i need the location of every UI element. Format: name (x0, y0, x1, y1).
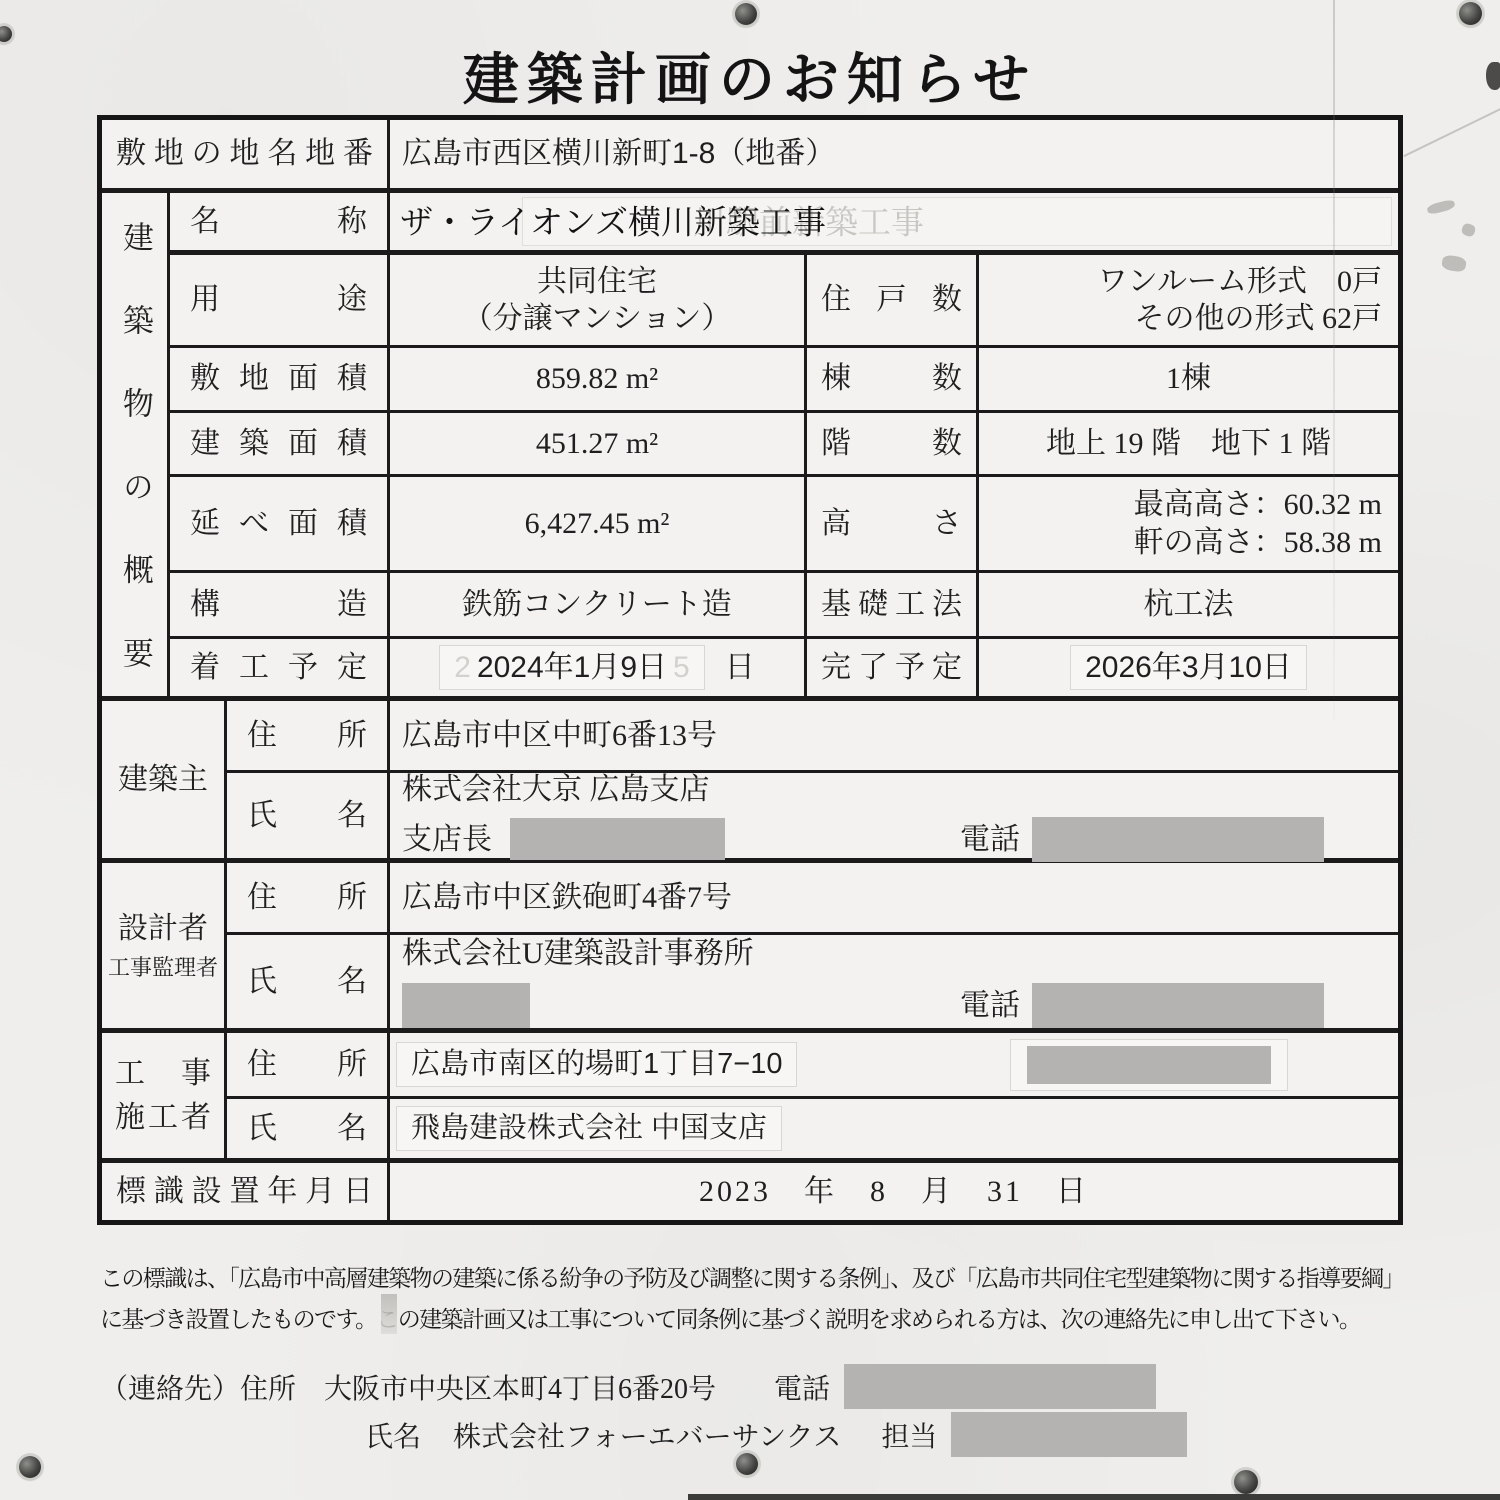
overview-section-cell: 建築物の概要 (102, 193, 170, 701)
legal-notice-line1: この標識は、「広島市中高層建築物の建築に係る紛争の予防及び調整に関する条例」、及… (100, 1258, 1430, 1299)
designer-section-cell: 設計者 工事監理者 (102, 863, 227, 1033)
name-label-cell: 名称 (170, 193, 390, 255)
contractor-name-sticker: 飛島建設株式会社 中国支店 (396, 1106, 782, 1150)
foundation-value-cell: 杭工法 (979, 573, 1398, 639)
owner-address-cell: 広島市中区中町6番13号 (390, 701, 1398, 773)
redaction-box (1027, 1046, 1271, 1084)
start-date-sticker: 2 2024年1月9日 5 (439, 645, 704, 691)
designer-address: 広島市中区鉄砲町4番7号 (402, 879, 732, 917)
use-label: 用途 (190, 281, 367, 319)
count-label: 棟数 (821, 360, 962, 398)
designer-address-label-cell: 住所 (227, 863, 390, 935)
start-date-suffix: 日 (725, 649, 755, 687)
start-ghost-left: 2 (454, 649, 471, 687)
smudge-mark (1426, 199, 1456, 216)
sign-date-value-cell: 2023 年 8 月 31 日 (390, 1163, 1398, 1220)
contact-phone-label: 電話 (774, 1367, 830, 1407)
owner-company: 株式会社大京 広島支店 (402, 771, 1398, 809)
total-area-value-cell: 6,427.45 m² (390, 477, 807, 573)
structure-label-cell: 構造 (170, 573, 390, 639)
owner-address: 広島市中区中町6番13号 (402, 717, 717, 755)
crease-line (1333, 0, 1335, 720)
contact-line-1: （連絡先）住所 大阪市中央区本町4丁目6番20号 電話 (100, 1364, 1156, 1409)
contractor-address-cell: 広島市南区的場町1丁目7−10 (390, 1033, 1398, 1099)
redaction-box (1032, 817, 1324, 862)
designer-name-label: 氏名 (247, 963, 367, 1001)
site-area-label-cell: 敷地面積 (170, 348, 390, 413)
structure-value-cell: 鉄筋コンクリート造 (390, 573, 807, 639)
owner-section-label: 建築主 (118, 761, 208, 799)
contractor-section-line2: 施工者 (115, 1099, 211, 1137)
use-value-line2: （分譲マンション） (463, 300, 732, 338)
total-area-value: 6,427.45 m² (525, 505, 670, 543)
contractor-address-label-cell: 住所 (227, 1033, 390, 1099)
owner-address-label: 住所 (247, 717, 367, 755)
contractor-phone-sticker (1010, 1039, 1288, 1091)
height-label: 高さ (821, 505, 962, 543)
screw-bottom-center (736, 1453, 758, 1475)
total-area-label-cell: 延べ面積 (170, 477, 390, 573)
smudge-mark (1441, 254, 1467, 273)
redaction-box (844, 1364, 1156, 1409)
use-value-line1: 共同住宅 (537, 263, 657, 301)
contact-line-2: 氏名 株式会社フォーエバーサンクス 担当 (365, 1412, 1187, 1457)
height-line1: 最高高さ：60.32 m (979, 486, 1382, 524)
designer-address-cell: 広島市中区鉄砲町4番7号 (390, 863, 1398, 935)
legal-notice: この標識は、「広島市中高層建築物の建築に係る紛争の予防及び調整に関する条例」、及… (100, 1258, 1430, 1340)
designer-address-label: 住所 (247, 879, 367, 917)
overview-section-label: 建築物の概要 (115, 193, 154, 696)
site-label: 敷地の地名地番 (116, 135, 373, 173)
designer-name-label-cell: 氏名 (227, 935, 390, 1033)
sign-date-label: 標識設置年月日 (116, 1173, 373, 1211)
contractor-name-label-cell: 氏名 (227, 1099, 390, 1163)
start-label-cell: 着工予定 (170, 639, 390, 701)
construction-notice-board: { "title": "建築計画のお知らせ", "table": { "site… (0, 0, 1500, 1500)
completion-date: 2026年3月10日 (1085, 649, 1292, 687)
building-area-label-cell: 建築面積 (170, 413, 390, 477)
contact-name-label: 氏名 (365, 1415, 421, 1455)
notice-table: 敷地の地名地番 広島市西区横川新町1-8（地番） 建築物の概要 名称 川駅前新築… (97, 115, 1403, 1225)
contractor-company: 飛島建設株式会社 中国支店 (411, 1110, 767, 1146)
name-value: ザ・ライオンズ横川新築工事 (400, 201, 826, 242)
contact-address: 大阪市中央区本町4丁目6番20号 (324, 1367, 716, 1407)
owner-address-label-cell: 住所 (227, 701, 390, 773)
contractor-name-cell: 飛島建設株式会社 中国支店 (390, 1099, 1398, 1163)
name-label: 名称 (190, 203, 367, 241)
start-ghost-right: 5 (673, 649, 690, 687)
designer-phone-label: 電話 (960, 987, 1020, 1025)
contractor-address-sticker: 広島市南区的場町1丁目7−10 (396, 1042, 797, 1086)
contractor-name-label: 氏名 (247, 1110, 367, 1148)
redaction-box (951, 1412, 1187, 1457)
units-label-cell: 住戸数 (807, 255, 979, 348)
screw-bottom-left (19, 1456, 41, 1478)
count-value-cell: 1棟 (979, 348, 1398, 413)
tape-mark (381, 1294, 397, 1334)
units-value-cell: ワンルーム形式 0戸 その他の形式 62戸 (979, 255, 1398, 348)
start-date: 2024年1月9日 (477, 649, 667, 687)
owner-phone-label: 電話 (960, 821, 1020, 859)
name-value-cell: 川駅前新築工事 ザ・ライオンズ横川新築工事 (390, 193, 1398, 255)
structure-value: 鉄筋コンクリート造 (462, 586, 731, 624)
owner-name-cell: 株式会社大京 広島支店 支店長 電話 (390, 773, 1398, 863)
site-area-label: 敷地面積 (190, 360, 367, 398)
units-line1: ワンルーム形式 0戸 (979, 263, 1382, 301)
redaction-box (402, 983, 530, 1028)
completion-label-cell: 完了予定 (807, 639, 979, 701)
floors-value: 地上 19 階 地下 1 階 (1046, 425, 1331, 463)
building-area-value: 451.27 m² (536, 425, 658, 463)
bottom-edge-strip (688, 1494, 1500, 1500)
redaction-box (510, 818, 725, 860)
contact-prefix: （連絡先）住所 (100, 1367, 296, 1407)
edge-smudge (1486, 62, 1500, 90)
owner-name-label: 氏名 (247, 797, 367, 835)
owner-name-label-cell: 氏名 (227, 773, 390, 863)
count-value: 1棟 (1166, 360, 1211, 398)
completion-label: 完了予定 (821, 649, 962, 687)
sign-date-label-cell: 標識設置年月日 (102, 1163, 390, 1220)
start-label: 着工予定 (190, 649, 367, 687)
supervisor-section-label: 工事監理者 (108, 954, 218, 982)
units-label: 住戸数 (821, 281, 962, 319)
contractor-section-line1: 工事 (115, 1055, 211, 1093)
completion-date-sticker: 2026年3月10日 (1070, 645, 1307, 691)
building-area-label: 建築面積 (190, 425, 367, 463)
floors-label: 階数 (821, 425, 962, 463)
owner-title-prefix: 支店長 (402, 821, 492, 859)
use-value-cell: 共同住宅 （分譲マンション） (390, 255, 807, 348)
units-line2: その他の形式 62戸 (979, 300, 1382, 338)
count-label-cell: 棟数 (807, 348, 979, 413)
site-label-cell: 敷地の地名地番 (102, 120, 390, 193)
height-label-cell: 高さ (807, 477, 979, 573)
page-title: 建築計画のお知らせ (0, 36, 1500, 116)
floors-label-cell: 階数 (807, 413, 979, 477)
site-area-value: 859.82 m² (536, 360, 658, 398)
use-label-cell: 用途 (170, 255, 390, 348)
foundation-value: 杭工法 (1144, 586, 1234, 624)
site-value-cell: 広島市西区横川新町1-8（地番） (390, 120, 1398, 193)
legal-notice-line2: に基づき設置したものです。この建築計画又は工事について同条例に基づく説明を求めら… (100, 1299, 1430, 1340)
designer-name-cell: 株式会社U建築設計事務所 電話 (390, 935, 1398, 1033)
building-area-value-cell: 451.27 m² (390, 413, 807, 477)
floors-value-cell: 地上 19 階 地下 1 階 (979, 413, 1398, 477)
total-area-label: 延べ面積 (190, 505, 367, 543)
contractor-address: 広島市南区的場町1丁目7−10 (411, 1046, 782, 1082)
redaction-box (1032, 983, 1324, 1028)
contact-company: 株式会社フォーエバーサンクス (453, 1415, 841, 1455)
foundation-label-cell: 基礎工法 (807, 573, 979, 639)
designer-section-label: 設計者 (118, 910, 208, 948)
site-area-value-cell: 859.82 m² (390, 348, 807, 413)
screw-top-center (735, 3, 757, 25)
owner-section-cell: 建築主 (102, 701, 227, 863)
sign-date-value: 2023 年 8 月 31 日 (699, 1173, 1089, 1211)
foundation-label: 基礎工法 (821, 586, 962, 624)
contractor-section-cell: 工事 施工者 (102, 1033, 227, 1163)
start-value-cell: 2 2024年1月9日 5 日 (390, 639, 807, 701)
contractor-address-label: 住所 (247, 1046, 367, 1084)
completion-value-cell: 2026年3月10日 (979, 639, 1398, 701)
structure-label: 構造 (190, 586, 367, 624)
screw-top-right (1459, 2, 1482, 25)
smudge-mark (1460, 222, 1476, 238)
contact-person-label: 担当 (881, 1415, 937, 1455)
height-value-cell: 最高高さ：60.32 m 軒の高さ：58.38 m (979, 477, 1398, 573)
height-line2: 軒の高さ：58.38 m (979, 524, 1382, 562)
designer-company: 株式会社U建築設計事務所 (402, 935, 1398, 973)
site-value: 広島市西区横川新町1-8（地番） (402, 135, 835, 173)
screw-bottom-right (1234, 1470, 1258, 1494)
